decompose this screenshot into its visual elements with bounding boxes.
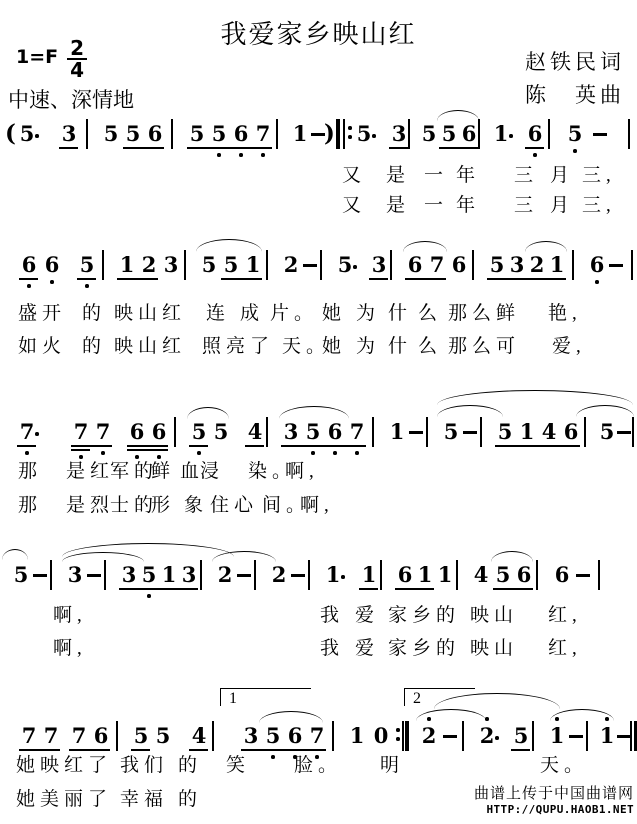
note-dash — [408, 420, 426, 460]
beam-underline — [71, 449, 90, 451]
note: 5 — [598, 420, 616, 460]
note-glyph: 2 — [140, 253, 158, 277]
note-glyph: 5 — [132, 724, 150, 748]
lyric-word: 形 — [151, 490, 175, 517]
note: 6 — [20, 253, 38, 293]
note-glyph: 7 — [428, 253, 446, 277]
slur-arc — [187, 407, 229, 419]
augmentation-dot — [35, 432, 39, 436]
barline — [266, 417, 268, 447]
lyric-word: 的 — [178, 784, 202, 811]
note-glyph: 7 — [20, 724, 38, 748]
note: 6 — [460, 122, 478, 162]
beam-underline — [405, 278, 429, 280]
augmentation-dot — [372, 134, 376, 138]
dash-line — [617, 431, 631, 434]
lyric-word: 红, — [548, 633, 582, 660]
note: 3 — [508, 253, 526, 293]
note: 5 — [190, 420, 208, 460]
note-glyph: 4 — [190, 724, 208, 748]
time-signature-denominator: 4 — [67, 60, 87, 80]
beam-underline — [159, 588, 181, 590]
note: 5 — [488, 253, 506, 293]
note-glyph: 1 — [348, 724, 366, 748]
slur-arc — [437, 390, 633, 405]
note: 5 — [212, 420, 230, 460]
note: 1 — [291, 122, 309, 162]
note-dash — [575, 563, 593, 603]
augmentation-dot — [509, 134, 513, 138]
note-glyph: 1 — [360, 563, 378, 587]
note-glyph: 5 — [355, 122, 373, 146]
beam-underline — [179, 588, 198, 590]
lyric-word: 盛开 — [18, 298, 66, 325]
low-octave-dot — [101, 451, 105, 455]
barline — [462, 721, 464, 751]
barline — [104, 560, 106, 590]
lyric-word: 的 — [82, 298, 106, 325]
repeat-begin-sign — [336, 119, 352, 149]
barline — [372, 417, 374, 447]
note: 1 — [518, 420, 536, 460]
repeat-dot — [396, 728, 400, 732]
note: 1 — [348, 724, 366, 764]
barline — [184, 250, 186, 280]
note-glyph: 7 — [348, 420, 366, 444]
lyric-word: 那么鲜 — [448, 298, 520, 325]
note-glyph: 3 — [508, 253, 526, 277]
beam-underline — [245, 445, 264, 447]
lyric-word: 明 — [380, 750, 404, 777]
low-octave-dot — [197, 451, 201, 455]
lyric-word: 是烈 — [66, 490, 114, 517]
volta-bracket: 2 — [404, 688, 475, 706]
note: 5 — [124, 122, 142, 162]
note-glyph: 6 — [150, 420, 168, 444]
note-glyph: 5 — [442, 420, 460, 444]
note: 6 — [326, 420, 344, 460]
barline — [631, 250, 633, 280]
note: 1 — [492, 122, 510, 162]
note-glyph: 7 — [18, 420, 36, 444]
low-octave-dot — [85, 284, 89, 288]
note-glyph: 6 — [232, 122, 250, 146]
thin-bar — [343, 119, 345, 149]
credits: 赵铁民词 陈 英曲 — [525, 46, 625, 112]
low-octave-dot — [217, 153, 221, 157]
beam-underline — [93, 445, 112, 447]
dash-line — [609, 264, 623, 267]
lyric-word: 我 — [320, 600, 344, 627]
note: 2 — [140, 253, 158, 293]
dash-line — [443, 735, 457, 738]
note: 3 — [390, 122, 408, 162]
repeat-dot — [348, 126, 352, 130]
lyric-word: 什 — [388, 331, 412, 358]
note: 2 — [528, 253, 546, 293]
time-signature: 24 — [67, 38, 87, 80]
note: 7 — [94, 420, 112, 460]
note: 6 — [396, 563, 414, 603]
note-glyph: 2 — [528, 253, 546, 277]
barline — [548, 119, 550, 149]
note: 5 — [264, 724, 282, 764]
note-glyph: 6 — [326, 420, 344, 444]
tempo-marking: 中速、深情地 — [8, 84, 134, 114]
dash-line — [593, 133, 607, 136]
note-glyph: 5 — [190, 420, 208, 444]
note: 6 — [406, 253, 424, 293]
low-octave-dot — [333, 451, 337, 455]
note: 4 — [472, 563, 490, 603]
note-glyph: 5 — [78, 253, 96, 277]
note-dash — [302, 253, 320, 293]
note: 2 — [216, 563, 234, 603]
volta-number: 2 — [413, 690, 421, 708]
note: 7 — [348, 420, 366, 460]
note: 5 — [442, 420, 460, 460]
augmentation-dot — [495, 736, 499, 740]
lyric-word: 又 — [342, 160, 366, 187]
lyric-word: 家乡的 — [388, 600, 460, 627]
note-glyph: 5 — [598, 420, 616, 444]
slur-arc — [279, 406, 349, 419]
beam-underline — [561, 445, 580, 447]
note-glyph: 5 — [336, 253, 354, 277]
note-glyph: 5 — [494, 563, 512, 587]
beam-underline — [281, 445, 305, 447]
note: 6 — [526, 122, 544, 162]
lyric-word: 天。 — [540, 750, 588, 777]
beam-underline — [439, 147, 461, 149]
lyric-word: 啊, — [53, 600, 87, 627]
slur-arc — [491, 551, 533, 562]
beam-underline — [149, 445, 168, 447]
note-dash — [236, 563, 254, 603]
note-glyph: 7 — [308, 724, 326, 748]
note: 3 — [120, 563, 138, 603]
lyric-word: 家乡的 — [388, 633, 460, 660]
low-octave-dot — [50, 280, 54, 284]
lyric-word: 年 — [456, 190, 480, 217]
note-glyph: 4 — [472, 563, 490, 587]
note-glyph: 5 — [154, 724, 172, 748]
note: 7 — [254, 122, 272, 162]
phrase-paren: ( — [5, 122, 15, 162]
note: 5 — [496, 420, 514, 460]
barline — [390, 250, 392, 280]
beam-underline — [253, 147, 272, 149]
note-dash — [608, 253, 626, 293]
lyric-word: 那 — [18, 456, 42, 483]
barline — [456, 560, 458, 590]
note: 5 — [420, 122, 438, 162]
dash-line — [409, 431, 423, 434]
barline — [266, 250, 268, 280]
slur-arc — [403, 241, 447, 252]
note-glyph: 6 — [562, 420, 580, 444]
low-octave-dot — [239, 153, 243, 157]
low-octave-dot — [271, 755, 275, 759]
note-glyph: 5 — [264, 724, 282, 748]
lyric-word: 脸。 — [294, 750, 342, 777]
slur-arc — [196, 239, 262, 252]
low-octave-dot — [25, 451, 29, 455]
note-dash — [86, 563, 104, 603]
barline — [50, 560, 52, 590]
lyric-word: 啊, — [285, 456, 319, 483]
lyric-word: 么 — [418, 298, 442, 325]
lyric-word: 为 — [356, 331, 380, 358]
note: 6 — [450, 253, 468, 293]
note-glyph: 1 — [160, 563, 178, 587]
note: 5 — [12, 563, 30, 603]
note-glyph: 1 — [244, 253, 262, 277]
final-barline — [630, 721, 637, 751]
note-glyph: 2 — [216, 563, 234, 587]
barline — [478, 119, 480, 149]
lyric-word: 住 — [210, 490, 234, 517]
note-glyph: 0 — [372, 724, 390, 748]
note-glyph: 3 — [370, 253, 388, 277]
beam-underline — [415, 588, 434, 590]
beam-underline — [369, 278, 388, 280]
note-glyph: 5 — [488, 253, 506, 277]
beam-underline — [19, 278, 38, 280]
note-dash — [592, 122, 610, 162]
lyric-word: 象 — [184, 490, 208, 517]
barline — [320, 250, 322, 280]
note: 3 — [162, 253, 180, 293]
note: 2 — [270, 563, 288, 603]
note-dash — [462, 420, 480, 460]
note: 2 — [282, 253, 300, 293]
note: 6 — [43, 253, 61, 293]
beam-underline — [209, 147, 233, 149]
dash-line — [237, 574, 251, 577]
note-glyph: 7 — [70, 724, 88, 748]
barline — [472, 250, 474, 280]
lyric-word: 是 — [386, 190, 410, 217]
thin-bar — [402, 721, 404, 751]
note: 5 — [440, 122, 458, 162]
dash-line — [617, 735, 631, 738]
barline — [212, 721, 214, 751]
beam-underline — [517, 445, 541, 447]
lyric-word: 什 — [388, 298, 412, 325]
beam-underline — [127, 449, 151, 451]
note-glyph: 5 — [420, 122, 438, 146]
beam-underline — [263, 749, 287, 751]
beam-underline — [231, 147, 255, 149]
barline — [532, 721, 534, 751]
barline — [254, 560, 256, 590]
lyric-word: 照亮了 — [202, 331, 274, 358]
beam-underline — [527, 278, 549, 280]
lyric-word: 一 — [424, 160, 448, 187]
note-glyph: 6 — [20, 253, 38, 277]
note: 6 — [515, 563, 533, 603]
note: 3 — [370, 253, 388, 293]
lyric-word: 幸福 — [120, 784, 168, 811]
note-glyph: 2 — [270, 563, 288, 587]
note: 5 — [304, 420, 322, 460]
note-glyph: 5 — [188, 122, 206, 146]
slur-arc — [437, 110, 479, 121]
lyric-word: 如火 — [18, 331, 66, 358]
lyric-word: 三, — [582, 160, 616, 187]
note-glyph: 5 — [304, 420, 322, 444]
note: 1 — [388, 420, 406, 460]
note-glyph: 7 — [254, 122, 272, 146]
lyric-word: 么 — [418, 331, 442, 358]
barline — [586, 721, 588, 751]
note: 5 — [200, 253, 218, 293]
barline — [171, 119, 173, 149]
note: 5 — [188, 122, 206, 162]
note: 2 — [478, 724, 496, 764]
beam-underline — [127, 445, 151, 447]
note-glyph: 2 — [282, 253, 300, 277]
barline — [116, 721, 118, 751]
note: 5 — [140, 563, 158, 603]
lyric-word: 映山 — [470, 600, 518, 627]
note: 3 — [282, 420, 300, 460]
note: 6 — [146, 122, 164, 162]
low-octave-dot — [27, 284, 31, 288]
beam-underline — [123, 147, 147, 149]
note-glyph: 1 — [118, 253, 136, 277]
note-glyph: 1 — [324, 563, 342, 587]
note: 6 — [562, 420, 580, 460]
note-glyph: 6 — [43, 253, 61, 277]
composer-credit: 陈 英曲 — [525, 79, 625, 112]
barline — [276, 119, 278, 149]
beam-underline — [71, 445, 95, 447]
lyric-word: 她 — [322, 298, 346, 325]
barline — [536, 560, 538, 590]
barline — [308, 560, 310, 590]
note-glyph: 5 — [440, 122, 458, 146]
lyric-word: 又 — [342, 190, 366, 217]
note: 5 — [494, 563, 512, 603]
augmentation-dot — [353, 265, 357, 269]
lyric-word: 爱 — [355, 600, 379, 627]
note: 4 — [246, 420, 264, 460]
beam-underline — [389, 147, 408, 149]
lyric-word: 红, — [548, 600, 582, 627]
note-glyph: 4 — [540, 420, 558, 444]
note-glyph: 6 — [128, 420, 146, 444]
lyric-word: 一 — [424, 190, 448, 217]
slur-arc — [550, 709, 614, 721]
note: 1 — [416, 563, 434, 603]
note-glyph: 7 — [42, 724, 60, 748]
lyric-word: 是 — [386, 160, 410, 187]
thin-bar — [630, 721, 632, 751]
beam-underline — [347, 445, 366, 447]
barline — [332, 721, 334, 751]
note-glyph: 6 — [146, 122, 164, 146]
note: 3 — [180, 563, 198, 603]
note: 6 — [150, 420, 168, 460]
beam-underline — [145, 147, 164, 149]
note: 5 — [355, 122, 373, 162]
note-glyph: 1 — [598, 724, 616, 748]
barline — [380, 560, 382, 590]
note-glyph: 5 — [222, 253, 240, 277]
slur-arc — [576, 405, 634, 417]
lyric-word: 爱, — [552, 331, 586, 358]
beam-underline — [525, 147, 544, 149]
note: 5 — [566, 122, 584, 162]
volta-bracket: 1 — [220, 688, 311, 706]
note-glyph: 4 — [246, 420, 264, 444]
note: 1 — [118, 253, 136, 293]
note: 7 — [72, 420, 90, 460]
note-glyph: 1 — [416, 563, 434, 587]
lyric-word: 她 — [322, 331, 346, 358]
lyric-word: 我 — [320, 633, 344, 660]
beam-underline — [139, 588, 161, 590]
note-glyph: 5 — [124, 122, 142, 146]
slur-arc — [525, 241, 567, 252]
volta-number: 1 — [229, 690, 237, 708]
barline — [628, 119, 630, 149]
barline — [426, 417, 428, 447]
lyric-word: 为 — [356, 298, 380, 325]
lyric-word: 她映红了 — [16, 750, 112, 777]
lyric-word: 映山红 — [114, 298, 186, 325]
beam-underline — [507, 278, 529, 280]
note-glyph: 5 — [496, 420, 514, 444]
note-glyph: 5 — [210, 122, 228, 146]
note-glyph: ( — [5, 122, 15, 146]
note-glyph: 2 — [478, 724, 496, 748]
slur-arc — [437, 405, 503, 417]
note-glyph: 2 — [420, 724, 438, 748]
note-glyph: 6 — [450, 253, 468, 277]
note-glyph: 6 — [460, 122, 478, 146]
note-dash — [290, 563, 308, 603]
lyric-word: 的 — [178, 750, 202, 777]
beam-underline — [325, 445, 349, 447]
watermark: 曲谱上传于中国曲谱网 HTTP://QUPU.HAOB1.NET — [474, 786, 634, 816]
note-glyph: 3 — [282, 420, 300, 444]
note-glyph: 1 — [548, 724, 566, 748]
barline — [86, 119, 88, 149]
beam-underline — [395, 588, 417, 590]
lyricist-credit: 赵铁民词 — [525, 46, 625, 79]
note-glyph: ) — [324, 122, 334, 146]
slur-arc — [416, 709, 486, 721]
barline — [200, 560, 202, 590]
note-glyph: 6 — [396, 563, 414, 587]
beam-underline — [243, 278, 262, 280]
note-glyph: 5 — [140, 563, 158, 587]
barline — [632, 417, 634, 447]
note-glyph: 1 — [291, 122, 309, 146]
low-octave-dot — [311, 451, 315, 455]
note-glyph: 3 — [60, 122, 78, 146]
note-glyph: 3 — [390, 122, 408, 146]
note-glyph: 6 — [92, 724, 110, 748]
lyric-word: 她美丽了 — [16, 784, 112, 811]
lyric-word: 片。 — [270, 298, 318, 325]
beam-underline — [119, 588, 141, 590]
repeat-end-sign — [396, 721, 412, 751]
watermark-url: HTTP://QUPU.HAOB1.NET — [474, 803, 634, 816]
